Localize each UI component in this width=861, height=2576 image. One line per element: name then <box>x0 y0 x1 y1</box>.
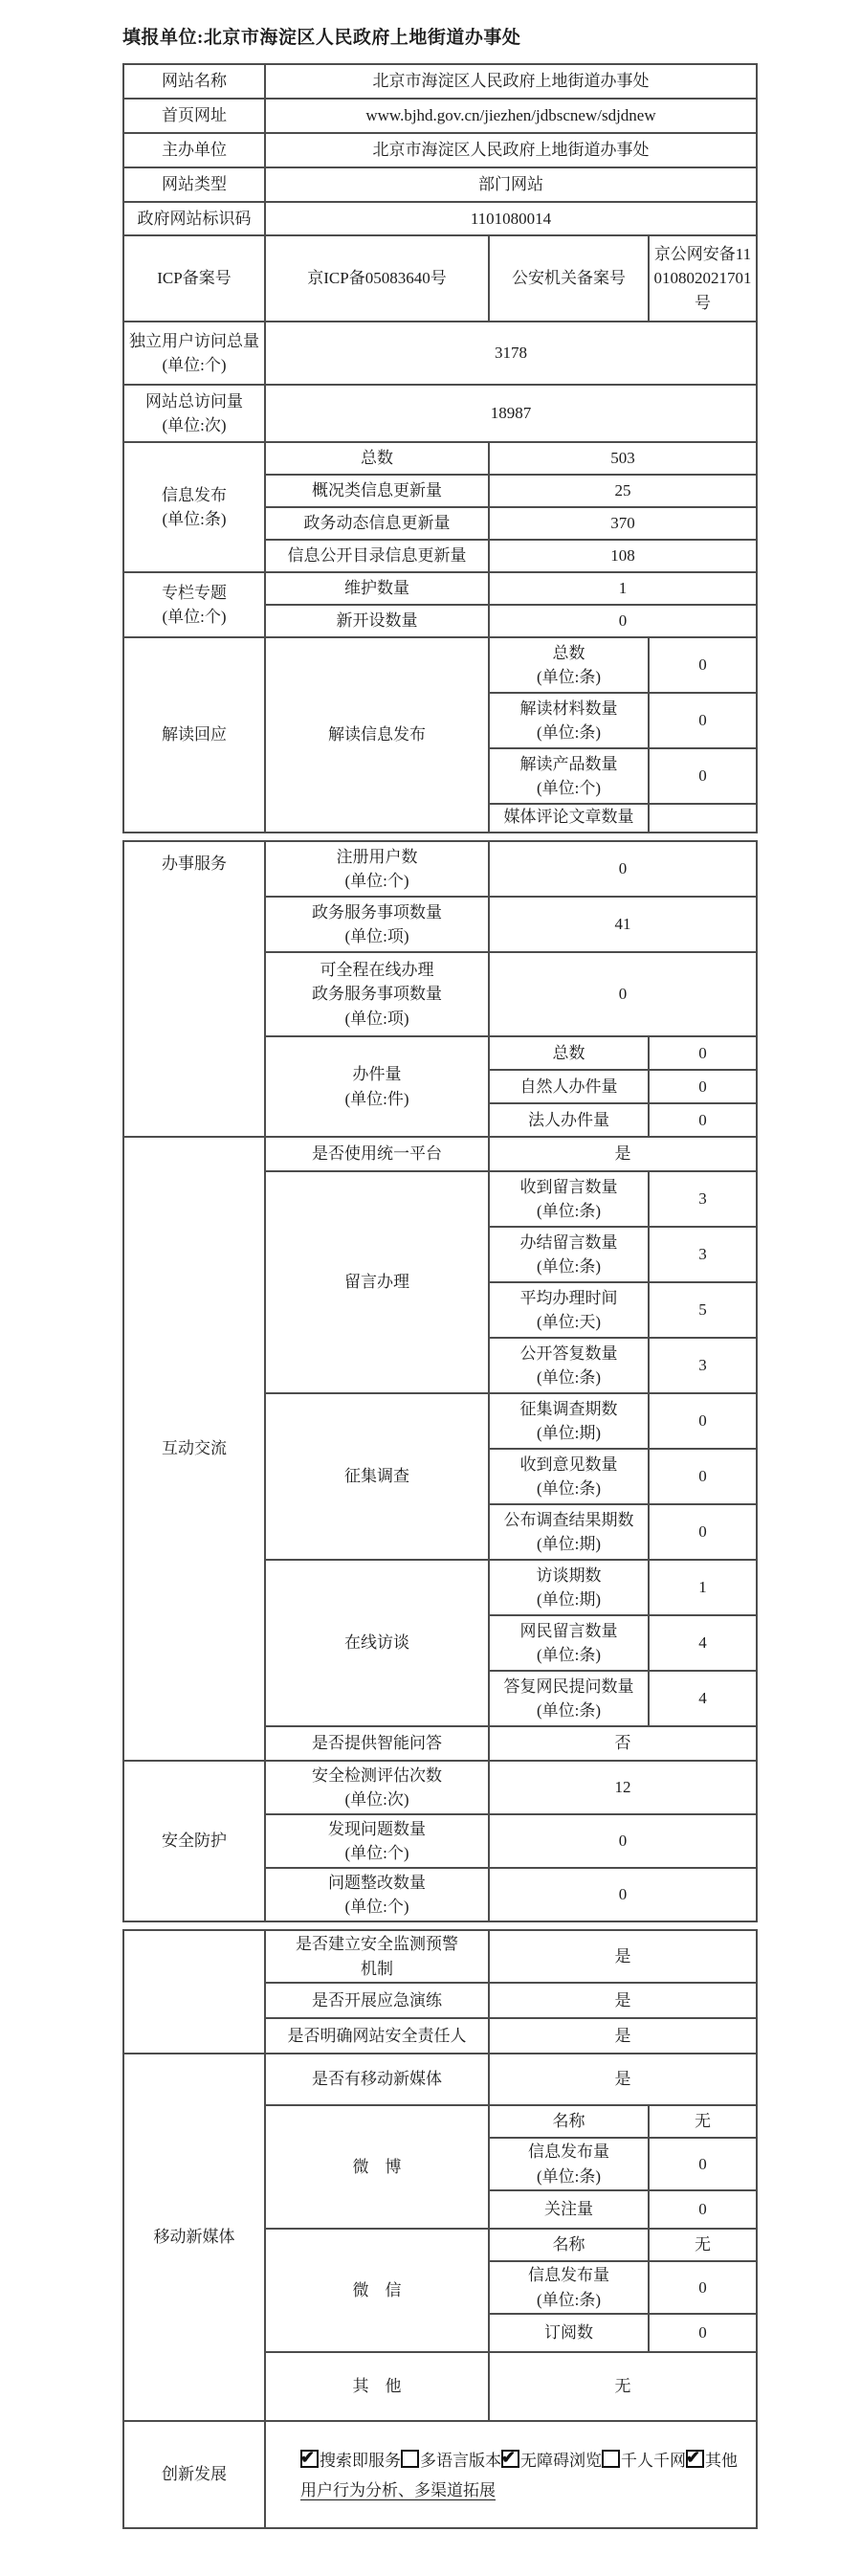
survey-opinions-value: 0 <box>649 1449 757 1504</box>
unit-line: (单位:个) <box>269 1895 485 1920</box>
interpret-material-label: 解读材料数量 (单位:条) <box>489 693 649 748</box>
unit-line: (单位:条) <box>493 2288 645 2313</box>
online-service-items-label: 可全程在线办理 政务服务事项数量 (单位:项) <box>265 952 489 1036</box>
columns-new-value: 0 <box>489 605 757 637</box>
label-line: 专栏专题 <box>127 581 261 606</box>
unit-line: (单位:天) <box>493 1310 645 1335</box>
checkbox-icon <box>686 2450 704 2468</box>
label-line: 安全检测评估次数 <box>269 1764 485 1788</box>
security-fixed-label: 问题整改数量 (单位:个) <box>265 1868 489 1921</box>
weibo-posts-label: 信息发布量 (单位:条) <box>489 2138 649 2190</box>
report-unit-title: 填报单位:北京市海淀区人民政府上地街道办事处 <box>122 23 520 49</box>
unit-line: (单位:项) <box>269 1007 485 1032</box>
unit-line: (单位:个) <box>269 869 485 894</box>
unified-platform-label: 是否使用统一平台 <box>265 1137 489 1171</box>
label-line: 办结留言数量 <box>493 1231 645 1255</box>
wechat-name-label: 名称 <box>489 2229 649 2261</box>
unit-line: (单位:条) <box>493 1255 645 1279</box>
label-line: 公开答复数量 <box>493 1342 645 1366</box>
messages-section-label: 留言办理 <box>265 1171 489 1393</box>
unified-platform-value: 是 <box>489 1137 757 1171</box>
mobile-other-value: 无 <box>489 2352 757 2421</box>
label-line: 独立用户访问总量 <box>127 329 261 354</box>
unit-line: (单位:项) <box>269 924 485 949</box>
msg-closed-value: 3 <box>649 1227 757 1282</box>
checkbox-icon <box>501 2450 519 2468</box>
label-line: 收到意见数量 <box>493 1453 645 1477</box>
smart-qa-value: 否 <box>489 1726 757 1761</box>
label-line: 总数 <box>493 641 645 666</box>
unit-line: (单位:期) <box>493 1588 645 1612</box>
innovation-section-label: 创新发展 <box>123 2421 265 2528</box>
unit-line: (单位:条) <box>493 1699 645 1723</box>
interview-periods-label: 访谈期数 (单位:期) <box>489 1560 649 1615</box>
label-line: 网民留言数量 <box>493 1619 645 1644</box>
row-has-mobile-media: 移动新媒体 是否有移动新媒体 是 <box>123 2054 757 2105</box>
msg-public-reply-value: 3 <box>649 1338 757 1393</box>
label-line: 网站总访问量 <box>127 389 261 414</box>
cases-legal-label: 法人办件量 <box>489 1103 649 1137</box>
cases-total-value: 0 <box>649 1036 757 1070</box>
unit-line: (单位:件) <box>269 1087 485 1112</box>
security-section-label: 安全防护 <box>123 1761 265 1921</box>
survey-results-label: 公布调查结果期数 (单位:期) <box>489 1504 649 1560</box>
security-found-label: 发现问题数量 (单位:个) <box>265 1814 489 1868</box>
interview-replies-label: 答复网民提问数量 (单位:条) <box>489 1671 649 1726</box>
info-pub-total-label: 总数 <box>265 442 489 475</box>
label-line: 信息发布 <box>127 483 261 508</box>
smart-qa-label: 是否提供智能问答 <box>265 1726 489 1761</box>
weibo-followers-label: 关注量 <box>489 2190 649 2229</box>
checkbox-label: 无障碍浏览 <box>520 2452 602 2470</box>
empty-cell <box>649 804 757 833</box>
msg-avg-time-value: 5 <box>649 1282 757 1338</box>
checkbox-item: 无障碍浏览 <box>501 2452 602 2470</box>
row-registered-users: 办事服务 注册用户数 (单位:个) 0 <box>123 841 757 897</box>
security-checks-value: 12 <box>489 1761 757 1814</box>
report-table: 网站名称 北京市海淀区人民政府上地街道办事处 首页网址 www.bjhd.gov… <box>122 63 756 2536</box>
unit-line: (单位:期) <box>493 1421 645 1446</box>
msg-received-label: 收到留言数量 (单位:条) <box>489 1171 649 1227</box>
row-site-name: 网站名称 北京市海淀区人民政府上地街道办事处 <box>123 64 757 99</box>
innovation-content: 搜索即服务多语言版本无障碍浏览千人千网其他 用户行为分析、多渠道拓展 <box>265 2421 757 2528</box>
label-line: 收到留言数量 <box>493 1175 645 1200</box>
organizer-value: 北京市海淀区人民政府上地街道办事处 <box>265 133 757 167</box>
mobile-section-label: 移动新媒体 <box>123 2054 265 2421</box>
wechat-section-label: 微 信 <box>265 2229 489 2352</box>
row-info-pub-total: 信息发布 (单位:条) 总数 503 <box>123 442 757 475</box>
site-code-value: 1101080014 <box>265 202 757 235</box>
icp-value: 京ICP备05083640号 <box>265 235 489 322</box>
label-line-2: 机制 <box>269 1957 485 1982</box>
online-service-items-value: 0 <box>489 952 757 1036</box>
interpret-total-label: 总数 (单位:条) <box>489 637 649 693</box>
columns-section-label: 专栏专题 (单位:个) <box>123 572 265 637</box>
registered-users-label: 注册用户数 (单位:个) <box>265 841 489 897</box>
wechat-posts-value: 0 <box>649 2261 757 2314</box>
police-record-value: 京公网安备11010802021701号 <box>649 235 757 322</box>
security-warning-label: 是否建立安全监测预警 机制 <box>265 1930 489 1983</box>
wechat-subs-value: 0 <box>649 2314 757 2352</box>
registered-users-value: 0 <box>489 841 757 897</box>
info-pub-total-value: 503 <box>489 442 757 475</box>
label-line: 征集调查期数 <box>493 1397 645 1422</box>
police-record-label: 公安机关备案号 <box>489 235 649 322</box>
innovation-checkbox-line: 搜索即服务多语言版本无障碍浏览千人千网其他 <box>300 2449 753 2474</box>
checkbox-icon <box>602 2450 620 2468</box>
checkbox-item: 搜索即服务 <box>300 2452 401 2470</box>
total-visits-label: 网站总访问量 (单位:次) <box>123 385 265 442</box>
mobile-other-label: 其 他 <box>265 2352 489 2421</box>
unit-line: (单位:条) <box>127 507 261 532</box>
columns-maintained-label: 维护数量 <box>265 572 489 605</box>
report-table-fragment-1: 网站名称 北京市海淀区人民政府上地街道办事处 首页网址 www.bjhd.gov… <box>122 63 758 833</box>
label-line: 发现问题数量 <box>269 1817 485 1842</box>
columns-new-label: 新开设数量 <box>265 605 489 637</box>
unit-line: (单位:个) <box>127 353 261 378</box>
unit-line: (单位:次) <box>127 413 261 438</box>
service-items-value: 41 <box>489 897 757 952</box>
weibo-followers-value: 0 <box>649 2190 757 2229</box>
row-home-url: 首页网址 www.bjhd.gov.cn/jiezhen/jdbscnew/sd… <box>123 99 757 133</box>
site-name-label: 网站名称 <box>123 64 265 99</box>
security-warning-value: 是 <box>489 1930 757 1983</box>
checkbox-label: 其他 <box>705 2452 738 2470</box>
unit-line: (单位:条) <box>493 721 645 745</box>
interview-messages-label: 网民留言数量 (单位:条) <box>489 1615 649 1671</box>
info-pub-overview-label: 概况类信息更新量 <box>265 475 489 507</box>
row-total-visits: 网站总访问量 (单位:次) 18987 <box>123 385 757 442</box>
weibo-name-value: 无 <box>649 2105 757 2138</box>
cases-person-value: 0 <box>649 1070 757 1103</box>
checkbox-label: 千人千网 <box>621 2452 686 2470</box>
row-interpret-total: 解读回应 解读信息发布 总数 (单位:条) 0 <box>123 637 757 693</box>
wechat-name-value: 无 <box>649 2229 757 2261</box>
columns-maintained-value: 1 <box>489 572 757 605</box>
wechat-posts-label: 信息发布量 (单位:条) <box>489 2261 649 2314</box>
row-organizer: 主办单位 北京市海淀区人民政府上地街道办事处 <box>123 133 757 167</box>
wechat-subs-label: 订阅数 <box>489 2314 649 2352</box>
label-line: 信息发布量 <box>493 2263 645 2288</box>
row-security-warning: 是否建立安全监测预警 机制 是 <box>123 1930 757 1983</box>
services-section-label: 办事服务 <box>123 841 265 1137</box>
unique-visitors-label: 独立用户访问总量 (单位:个) <box>123 322 265 385</box>
interpret-section-label: 解读回应 <box>123 637 265 833</box>
unique-visitors-value: 3178 <box>265 322 757 385</box>
label-line: 公布调查结果期数 <box>493 1508 645 1533</box>
interpret-material-value: 0 <box>649 693 757 748</box>
info-pub-catalog-label: 信息公开目录信息更新量 <box>265 540 489 572</box>
total-visits-value: 18987 <box>265 385 757 442</box>
unit-line: (单位:条) <box>493 665 645 690</box>
surveys-section-label: 征集调查 <box>265 1393 489 1560</box>
security-checks-label: 安全检测评估次数 (单位:次) <box>265 1761 489 1814</box>
msg-public-reply-label: 公开答复数量 (单位:条) <box>489 1338 649 1393</box>
unit-line: (单位:条) <box>493 1366 645 1390</box>
info-pub-catalog-value: 108 <box>489 540 757 572</box>
label-line: 可全程在线办理 <box>269 958 485 983</box>
checkbox-item: 其他 <box>686 2452 738 2470</box>
checkbox-label: 搜索即服务 <box>320 2452 401 2470</box>
cases-total-label: 总数 <box>489 1036 649 1070</box>
survey-opinions-label: 收到意见数量 (单位:条) <box>489 1449 649 1504</box>
site-type-value: 部门网站 <box>265 167 757 202</box>
security-owner-value: 是 <box>489 2018 757 2054</box>
row-innovation: 创新发展 搜索即服务多语言版本无障碍浏览千人千网其他 用户行为分析、多渠道拓展 <box>123 2421 757 2528</box>
unit-line: (单位:次) <box>269 1788 485 1812</box>
security-drill-label: 是否开展应急演练 <box>265 1983 489 2018</box>
row-unique-visitors: 独立用户访问总量 (单位:个) 3178 <box>123 322 757 385</box>
innovation-other-note: 用户行为分析、多渠道拓展 <box>300 2478 496 2503</box>
row-site-code: 政府网站标识码 1101080014 <box>123 202 757 235</box>
label-line: 注册用户数 <box>269 845 485 870</box>
checkbox-item: 千人千网 <box>602 2452 686 2470</box>
has-mobile-media-value: 是 <box>489 2054 757 2105</box>
row-site-type: 网站类型 部门网站 <box>123 167 757 202</box>
info-pub-dynamic-label: 政务动态信息更新量 <box>265 507 489 540</box>
row-columns-maintained: 专栏专题 (单位:个) 维护数量 1 <box>123 572 757 605</box>
info-pub-section-label: 信息发布 (单位:条) <box>123 442 265 572</box>
icp-label: ICP备案号 <box>123 235 265 322</box>
security-owner-label: 是否明确网站安全责任人 <box>265 2018 489 2054</box>
security-found-value: 0 <box>489 1814 757 1868</box>
weibo-section-label: 微 博 <box>265 2105 489 2229</box>
interpret-media-label-clipped: 媒体评论文章数量 <box>489 804 649 833</box>
unit-line: (单位:个) <box>269 1841 485 1866</box>
label-line: 办件量 <box>269 1062 485 1087</box>
label-line: 解读材料数量 <box>493 697 645 722</box>
msg-closed-label: 办结留言数量 (单位:条) <box>489 1227 649 1282</box>
organizer-label: 主办单位 <box>123 133 265 167</box>
empty-cell <box>123 1930 265 2054</box>
cases-legal-value: 0 <box>649 1103 757 1137</box>
report-table-fragment-3: 是否建立安全监测预警 机制 是 是否开展应急演练 是 是否明确网站安全责任人 是… <box>122 1929 758 2529</box>
site-code-label: 政府网站标识码 <box>123 202 265 235</box>
interaction-section-label: 互动交流 <box>123 1137 265 1761</box>
checkbox-item: 多语言版本 <box>401 2452 501 2470</box>
label-line: 政务服务事项数量 <box>269 900 485 925</box>
checkbox-icon <box>300 2450 319 2468</box>
label-line-2: 政务服务事项数量 <box>269 982 485 1007</box>
interview-periods-value: 1 <box>649 1560 757 1615</box>
interpret-product-value: 0 <box>649 748 757 804</box>
report-table-fragment-2: 办事服务 注册用户数 (单位:个) 0 政务服务事项数量 (单位:项) 41 可… <box>122 840 758 1922</box>
unit-line: (单位:条) <box>493 1643 645 1668</box>
cases-section-label: 办件量 (单位:件) <box>265 1036 489 1137</box>
security-fixed-value: 0 <box>489 1868 757 1921</box>
label-line: 问题整改数量 <box>269 1871 485 1896</box>
msg-received-value: 3 <box>649 1171 757 1227</box>
interview-replies-value: 4 <box>649 1671 757 1726</box>
label-line: 平均办理时间 <box>493 1286 645 1311</box>
label-line: 信息发布量 <box>493 2140 645 2165</box>
home-url-value: www.bjhd.gov.cn/jiezhen/jdbscnew/sdjdnew <box>265 99 757 133</box>
interpret-total-value: 0 <box>649 637 757 693</box>
unit-line: (单位:条) <box>493 1477 645 1501</box>
label-line: 答复网民提问数量 <box>493 1675 645 1699</box>
survey-results-value: 0 <box>649 1504 757 1560</box>
site-type-label: 网站类型 <box>123 167 265 202</box>
label-line: 是否建立安全监测预警 <box>269 1932 485 1957</box>
unit-line: (单位:个) <box>493 776 645 801</box>
unit-line: (单位:期) <box>493 1532 645 1557</box>
interpret-product-label: 解读产品数量 (单位:个) <box>489 748 649 804</box>
unit-line: (单位:个) <box>127 605 261 630</box>
label-line: 访谈期数 <box>493 1564 645 1588</box>
info-pub-dynamic-value: 370 <box>489 507 757 540</box>
interviews-section-label: 在线访谈 <box>265 1560 489 1726</box>
home-url-label: 首页网址 <box>123 99 265 133</box>
interpret-sub-label: 解读信息发布 <box>265 637 489 833</box>
security-drill-value: 是 <box>489 1983 757 2018</box>
label-line: 解读产品数量 <box>493 752 645 777</box>
row-security-checks: 安全防护 安全检测评估次数 (单位:次) 12 <box>123 1761 757 1814</box>
weibo-name-label: 名称 <box>489 2105 649 2138</box>
has-mobile-media-label: 是否有移动新媒体 <box>265 2054 489 2105</box>
checkbox-label: 多语言版本 <box>420 2452 501 2470</box>
checkbox-icon <box>401 2450 419 2468</box>
unit-line: (单位:条) <box>493 1199 645 1224</box>
info-pub-overview-value: 25 <box>489 475 757 507</box>
interview-messages-value: 4 <box>649 1615 757 1671</box>
site-name-value: 北京市海淀区人民政府上地街道办事处 <box>265 64 757 99</box>
unit-line: (单位:条) <box>493 2165 645 2189</box>
survey-periods-value: 0 <box>649 1393 757 1449</box>
service-items-label: 政务服务事项数量 (单位:项) <box>265 897 489 952</box>
cases-person-label: 自然人办件量 <box>489 1070 649 1103</box>
survey-periods-label: 征集调查期数 (单位:期) <box>489 1393 649 1449</box>
row-icp: ICP备案号 京ICP备05083640号 公安机关备案号 京公网安备11010… <box>123 235 757 322</box>
msg-avg-time-label: 平均办理时间 (单位:天) <box>489 1282 649 1338</box>
row-unified-platform: 互动交流 是否使用统一平台 是 <box>123 1137 757 1171</box>
weibo-posts-value: 0 <box>649 2138 757 2190</box>
